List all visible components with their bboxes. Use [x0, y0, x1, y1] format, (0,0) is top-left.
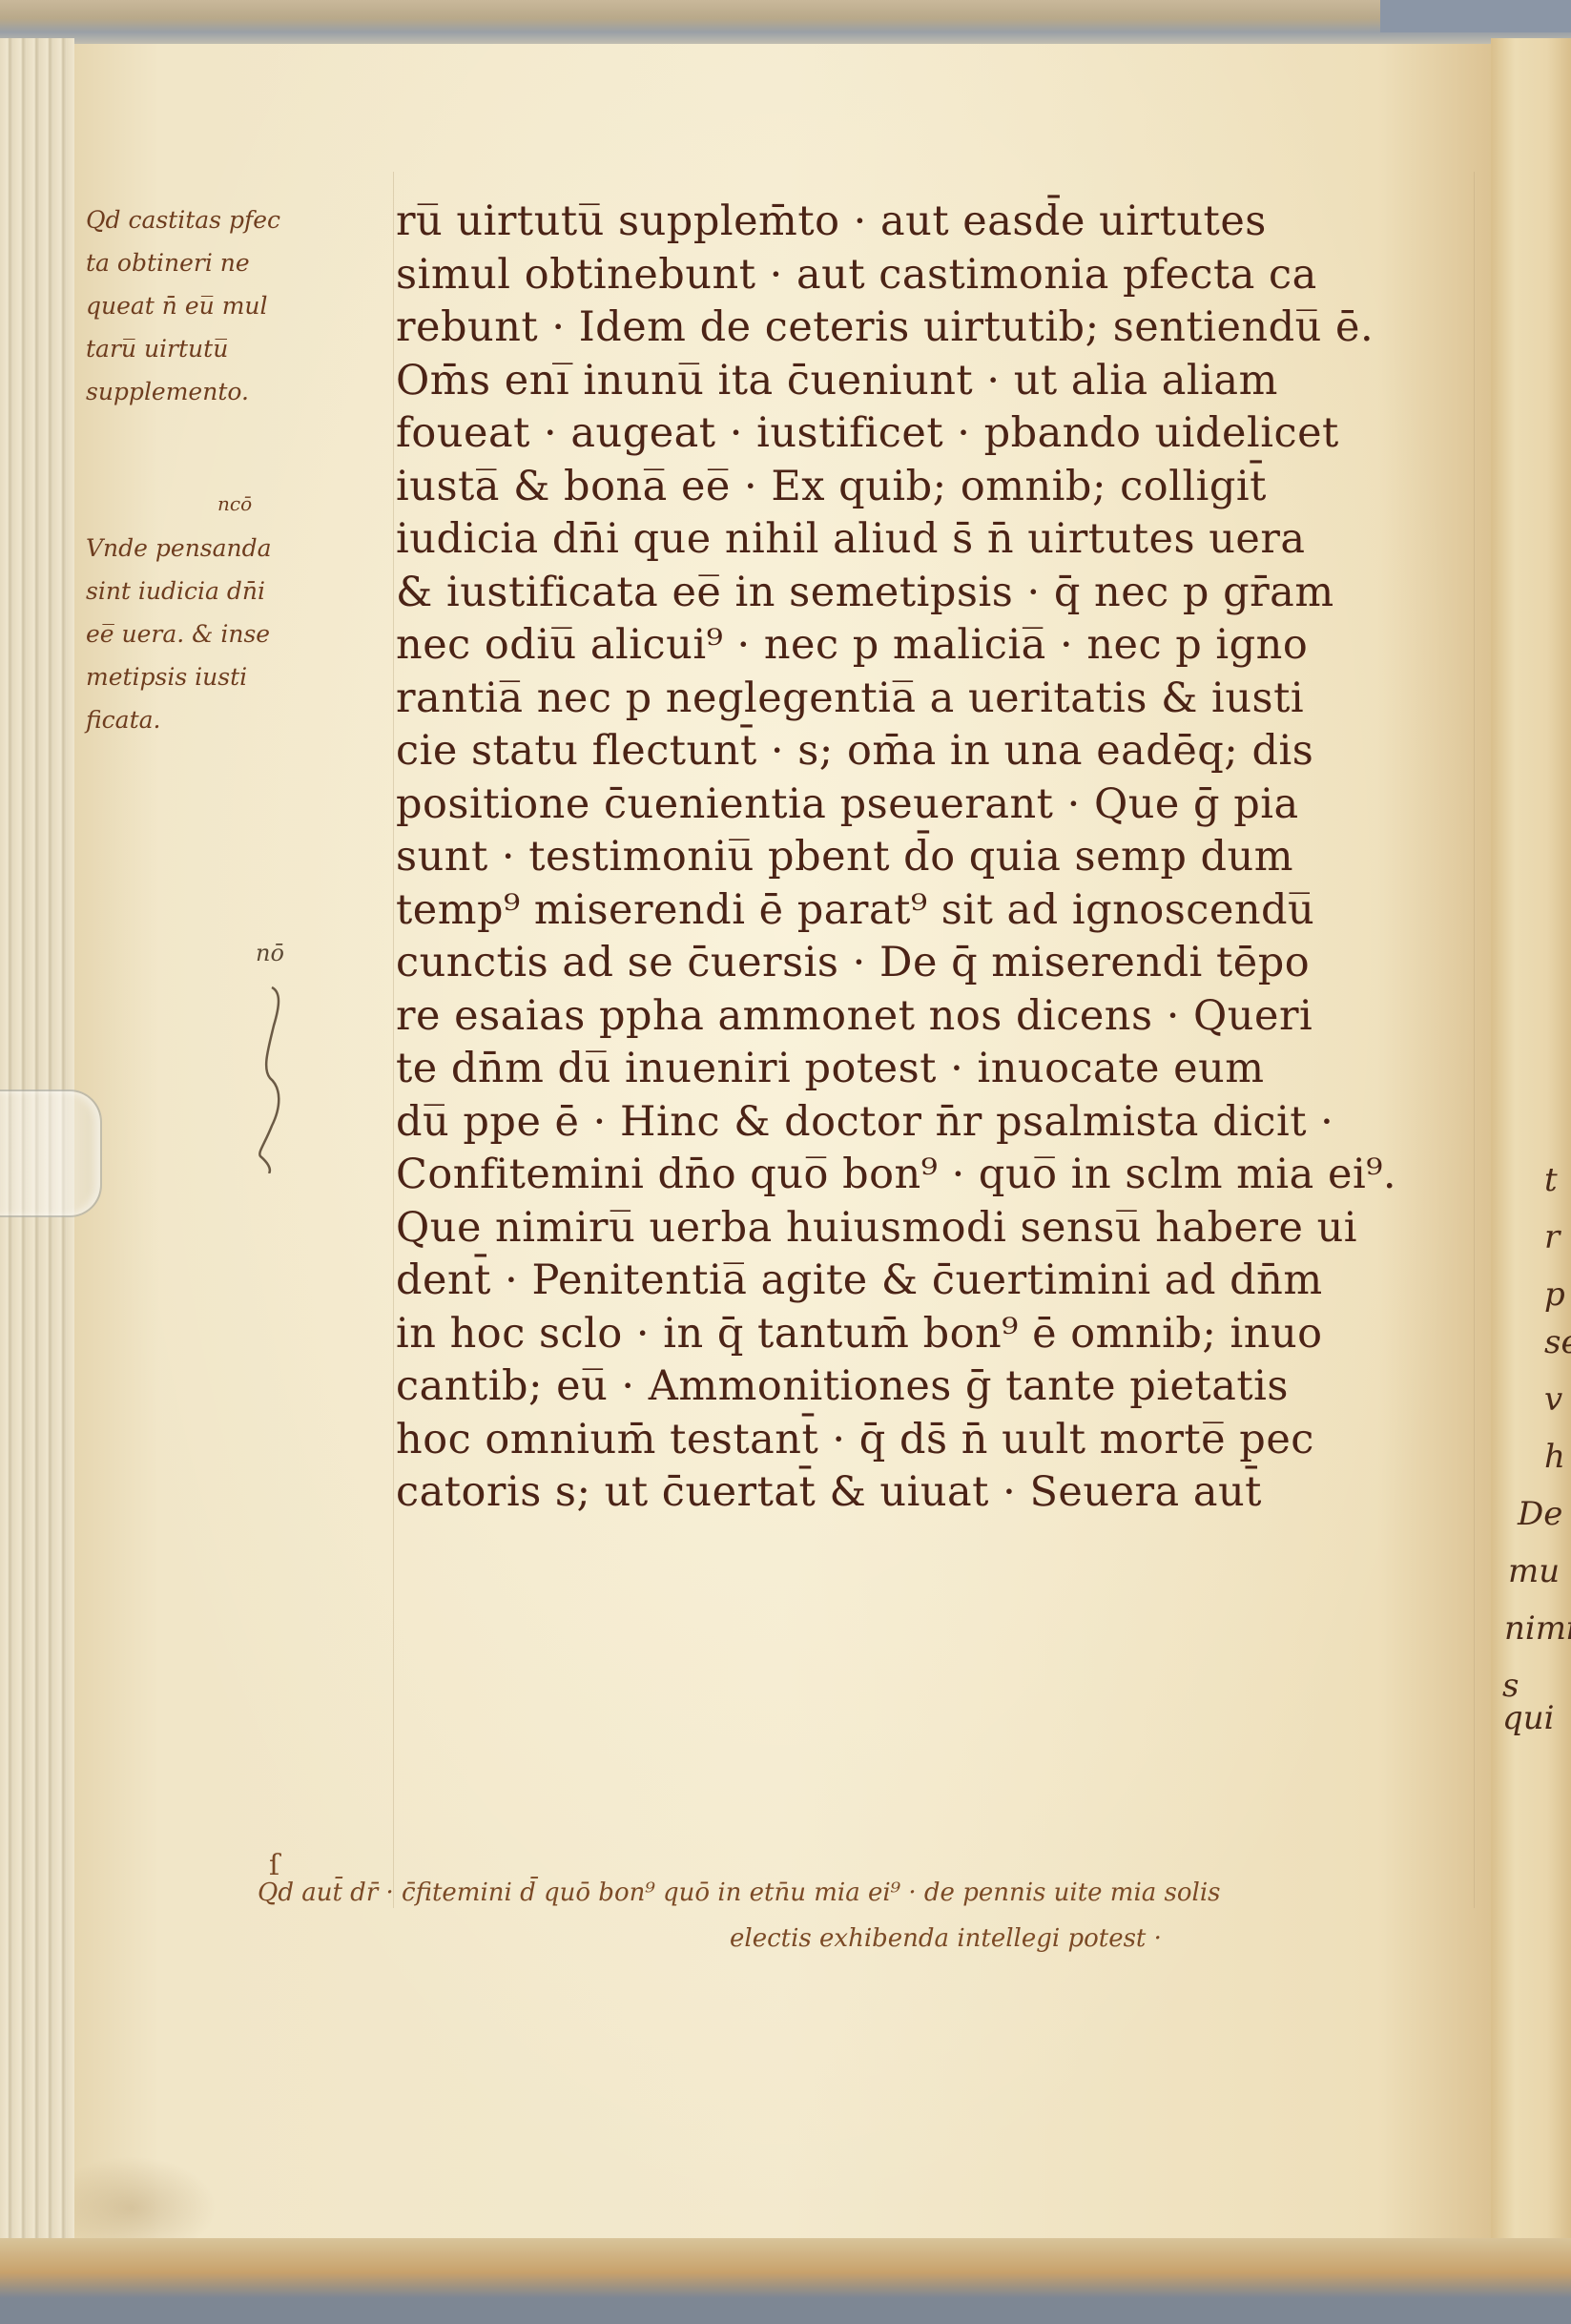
nota-mark: nō: [256, 940, 284, 966]
gloss-line: taru̅ uirtutu̅: [86, 327, 401, 370]
next-leaf-edge: t r p se v h De mu nimi s qui: [1491, 38, 1571, 2271]
text-line: iudicia dn̄i que nihil aliud s̄ n̄ uirtu…: [396, 513, 1474, 567]
book-top-edge: [0, 0, 1571, 46]
background-strip: [1380, 0, 1571, 32]
margin-gloss-castitas: Qd castitas pfec ta obtineri ne queat n̄…: [86, 198, 401, 413]
text-line: positione c̄uenientia pseuerant · Que ḡ …: [396, 778, 1474, 832]
text-line: sunt · testimoniu̅ pbent d̄o quia semp d…: [396, 831, 1474, 884]
text-line: hoc omnium̄ testant̄ · q̄ ds̄ n̄ uult mo…: [396, 1414, 1474, 1467]
text-line: re esaias ppha ammonet nos dicens · Quer…: [396, 990, 1474, 1044]
text-line: foueat · augeat · iustificet · pbando ui…: [396, 407, 1474, 461]
ruling-line: [393, 172, 394, 1908]
gloss-line: metipsis iusti: [86, 655, 401, 698]
next-leaf-fragment: s qui: [1502, 1670, 1571, 1734]
text-line: Confitemini dn̄o quo̅ bon⁹ · quo̅ in scl…: [396, 1149, 1474, 1202]
gloss-line: Vnde pensanda: [86, 527, 401, 570]
margin-gloss-iudicia: Vnde pensanda sint iudicia dn̄i ee̅ uera…: [86, 527, 401, 741]
gloss-line: electis exhibenda intellegi potest ·: [258, 1916, 1478, 1961]
text-line: in hoc sclo · in q̄ tantum̄ bon⁹ ē omnib…: [396, 1308, 1474, 1361]
bottom-gloss: Qd aut̄ dr̄ · c̄fitemini d̄ quō bon⁹ quō…: [258, 1870, 1478, 1961]
next-leaf-fragment: r: [1544, 1221, 1560, 1254]
next-leaf-fragment: De: [1518, 1498, 1562, 1530]
text-line: dent̄ · Penitentia̅ agite & c̄uertimini …: [396, 1255, 1474, 1308]
text-line: Om̄s eni̅ inunu̅ ita c̄ueniunt · ut alia…: [396, 355, 1474, 408]
next-leaf-fragment: mu: [1508, 1555, 1560, 1587]
text-line: temp⁹ miserendi ē parat⁹ sit ad ignoscen…: [396, 884, 1474, 938]
next-leaf-fragment: h: [1544, 1441, 1565, 1473]
next-leaf-fragment: nimi: [1504, 1612, 1571, 1645]
text-line: Que nimiru̅ uerba huiusmodi sensu̅ haber…: [396, 1202, 1474, 1255]
text-line: rantia̅ nec p neglegentia̅ a ueritatis &…: [396, 673, 1474, 726]
gloss-line: Qd aut̄ dr̄ · c̄fitemini d̄ quō bon⁹ quō…: [258, 1870, 1478, 1916]
main-text-block: ru̅ uirtutu̅ supplem̄to · aut easd̄e uir…: [396, 196, 1474, 1520]
gloss-line: supplemento.: [86, 370, 401, 413]
glass-page-weight: [0, 1089, 102, 1217]
water-stain: [74, 2156, 217, 2242]
gloss-line: Qd castitas pfec: [86, 198, 401, 241]
text-line: cie statu flectunt̄ · s; om̄a in una ead…: [396, 725, 1474, 778]
text-line: iusta̅ & bona̅ ee̅ · Ex quib; omnib; col…: [396, 461, 1474, 514]
next-leaf-fragment: v: [1544, 1383, 1562, 1416]
text-line: cunctis ad se c̄uersis · De q̄ miserendi…: [396, 937, 1474, 990]
ruling-line: [1474, 172, 1475, 1908]
text-line: du̅ ppe ē · Hinc & doctor n̄r psalmista …: [396, 1096, 1474, 1150]
next-leaf-fragment: se: [1544, 1326, 1571, 1359]
text-line: rebunt · Idem de ceteris uirtutib; senti…: [396, 301, 1474, 355]
text-line: simul obtinebunt · aut castimonia pfecta…: [396, 249, 1474, 302]
nota-squiggle-icon: [243, 983, 300, 1173]
gloss-line: ficata.: [86, 698, 401, 741]
text-line: & iustificata ee̅ in semetipsis · q̄ nec…: [396, 567, 1474, 620]
next-leaf-fragment: t: [1544, 1164, 1558, 1196]
next-leaf-fragment: p: [1544, 1278, 1565, 1311]
gloss-line: ta obtineri ne: [86, 241, 401, 284]
gloss-line: queat n̄ eu̅ mul: [86, 284, 401, 327]
book-bottom-edge: [0, 2238, 1571, 2324]
gloss-line: ee̅ uera. & inse: [86, 612, 401, 655]
text-line: ru̅ uirtutu̅ supplem̄to · aut easd̄e uir…: [396, 196, 1474, 249]
gloss-line: sint iudicia dn̄i: [86, 570, 401, 612]
gloss-mark: ncō: [217, 492, 252, 515]
text-line: catoris s; ut c̄uertat̄ & uiuat · Seuera…: [396, 1466, 1474, 1520]
text-line: te dn̄m du̅ inueniri potest · inuocate e…: [396, 1043, 1474, 1096]
text-line: cantib; eu̅ · Ammonitiones ḡ tante pieta…: [396, 1360, 1474, 1414]
text-line: nec odiu̅ alicui⁹ · nec p malicia̅ · nec…: [396, 619, 1474, 673]
